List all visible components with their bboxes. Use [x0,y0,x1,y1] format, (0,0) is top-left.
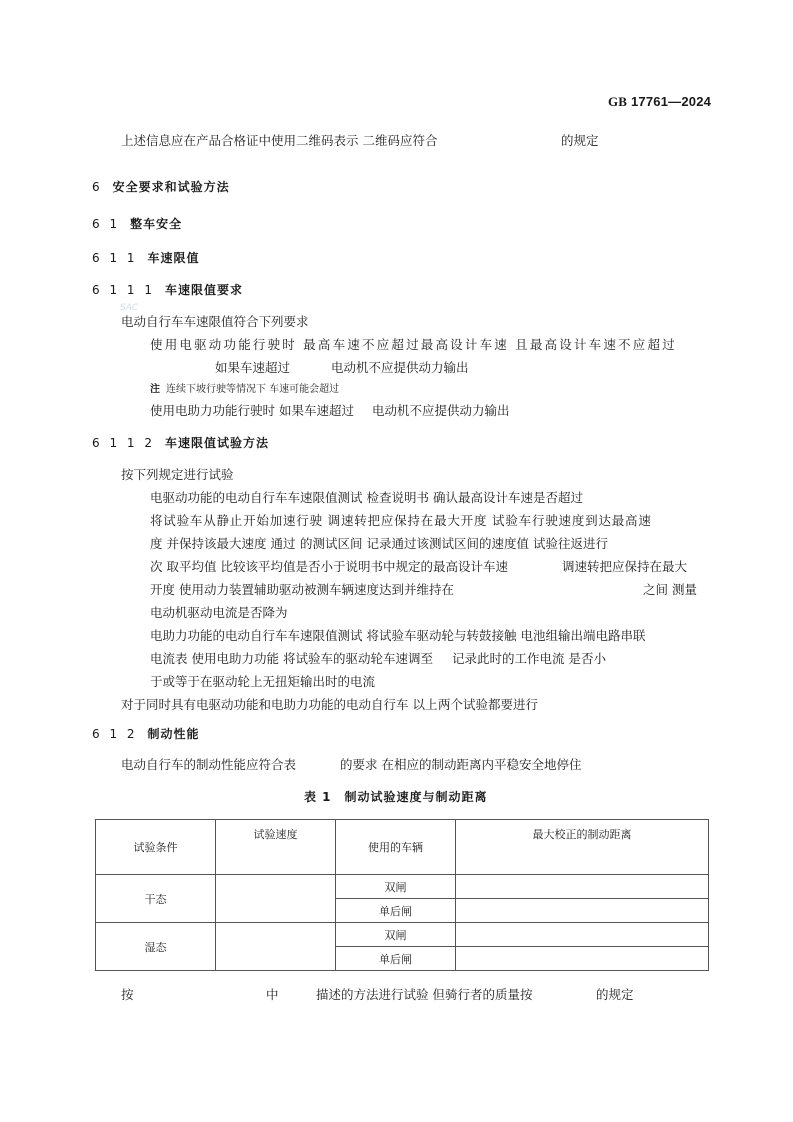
test-a-line3-start: 度 并保持该最大速度 通过 [150,534,295,552]
requirement-a-line1: 使用电驱动功能行驶时 最高车速不应超过最高设计车速 且最高设计车速不应超过 [150,335,677,353]
cell-vehicle: 双闸 [336,875,456,899]
section-6-1-2-heading: 6 1 2制动性能 [92,725,200,742]
brake-intro-start: 电动自行车的制动性能应符合表 [121,755,296,773]
section-title: 安全要求和试验方法 [113,180,230,194]
test-a-line3-end: 的测试区间 记录通过该测试区间的速度值 试验往返进行 [300,534,608,552]
note-text: 连续下坡行驶等情况下 车速可能会超过 [166,384,339,395]
paragraph-qr-info: 上述信息应在产品合格证中使用二维码表示 二维码应符合 [121,131,437,149]
section-title: 制动性能 [148,727,200,741]
section-number: 6 1 1 2 [92,436,155,450]
cell-distance [456,875,709,899]
cell-distance [456,947,709,971]
brake-intro-end: 的要求 在相应的制动距离内平稳安全地停住 [340,755,581,773]
note-label: 注 [150,384,160,395]
header-test-condition: 试验条件 [96,820,216,875]
both-tests-end: 两个试验都要进行 [438,695,538,713]
header-vehicle: 使用的车辆 [336,820,456,875]
standard-number: 17761—2024 [631,94,711,109]
test-a-line1: 电驱动功能的电动自行车车速限值测试 检查说明书 确认最高设计车速是否超过 [150,488,583,506]
section-title: 车速限值试验方法 [165,436,269,450]
method-part4: 的规定 [596,985,634,1003]
standard-prefix: GB [608,94,627,109]
cell-condition-dry: 干态 [96,875,216,923]
table-1-caption: 表 1 制动试验速度与制动距离 [304,788,488,805]
table-row: 湿态 双闸 [96,923,709,947]
section-6-1-1-heading: 6 1 1车速限值 [92,249,200,266]
method-part2: 中 [266,985,279,1003]
cell-distance [456,899,709,923]
test-a-line5-start: 开度 使用动力装置辅助驱动被测车辆速度达到并维持在 [150,580,454,598]
test-a-line6: 电动机驱动电流是否降为 [150,603,288,621]
test-intro: 按下列规定进行试验 [121,465,234,483]
test-b-line3: 于或等于在驱动轮上无扭矩输出时的电流 [150,672,375,690]
standard-code: GB 17761—2024 [608,94,711,110]
section-title: 整车安全 [130,217,182,231]
section-number: 6 1 1 1 [92,283,155,297]
cell-vehicle: 单后闸 [336,947,456,971]
cell-distance [456,923,709,947]
note: 注连续下坡行驶等情况下 车速可能会超过 [150,380,339,395]
test-a-line4-start: 次 取平均值 比较该平均值是否小于说明书中规定的最高设计车速 [150,557,508,575]
method-part3: 描述的方法进行试验 但骑行者的质量按 [316,985,532,1003]
table-row: 干态 双闸 [96,875,709,899]
cell-vehicle: 单后闸 [336,899,456,923]
section-6-1-1-2-heading: 6 1 1 2车速限值试验方法 [92,434,269,451]
section-number: 6 1 [92,217,120,231]
section-number: 6 1 1 [92,251,138,265]
test-b-line2-end: 记录此时的工作电流 是否小 [452,649,606,667]
cell-vehicle: 双闸 [336,923,456,947]
test-b-line1: 电助力功能的电动自行车车速限值测试 将试验车驱动轮与转鼓接触 电池组输出端电路串… [150,626,645,644]
requirement-intro: 电动自行车车速限值符合下列要求 [121,312,309,330]
requirement-b-end: 电动机不应提供动力输出 [372,401,510,419]
brake-performance-table: 试验条件 试验速度 使用的车辆 最大校正的制动距离 干态 双闸 单后闸 湿态 双… [95,819,709,971]
section-number: 6 [92,180,103,194]
header-max-braking-distance: 最大校正的制动距离 [456,820,709,875]
test-a-line4-end: 调速转把应保持在最大 [562,557,687,575]
paragraph-qr-info-end: 的规定 [561,131,599,149]
cell-speed-dry [216,875,336,923]
table-header-row: 试验条件 试验速度 使用的车辆 最大校正的制动距离 [96,820,709,875]
test-b-line2-start: 电流表 使用电助力功能 将试验车的驱动轮车速调至 [150,649,433,667]
section-6-heading: 6安全要求和试验方法 [92,178,230,195]
cell-speed-wet [216,923,336,971]
section-6-1-heading: 6 1整车安全 [92,215,182,232]
section-6-1-1-1-heading: 6 1 1 1车速限值要求 [92,281,243,298]
section-title: 车速限值 [148,251,200,265]
header-test-speed: 试验速度 [216,820,336,875]
test-a-line5-end: 之间 测量 [643,580,697,598]
both-tests-start: 对于同时具有电驱动功能和电助力功能的电动自行车 以上 [121,695,437,713]
test-a-line2: 将试验车从静止开始加速行驶 调速转把应保持在最大开度 试验车行驶速度到达最高速 [150,511,652,529]
text: 上述信息应在产品合格证中使用二维码表示 二维码应符合 [121,133,437,148]
requirement-b-start: 使用电助力功能行驶时 如果车速超过 [150,401,354,419]
section-title: 车速限值要求 [165,283,243,297]
requirement-a-line2-end: 电动机不应提供动力输出 [331,358,469,376]
method-part1: 按 [121,985,134,1003]
requirement-a-line2-start: 如果车速超过 [215,358,290,376]
cell-condition-wet: 湿态 [96,923,216,971]
section-number: 6 1 2 [92,727,138,741]
